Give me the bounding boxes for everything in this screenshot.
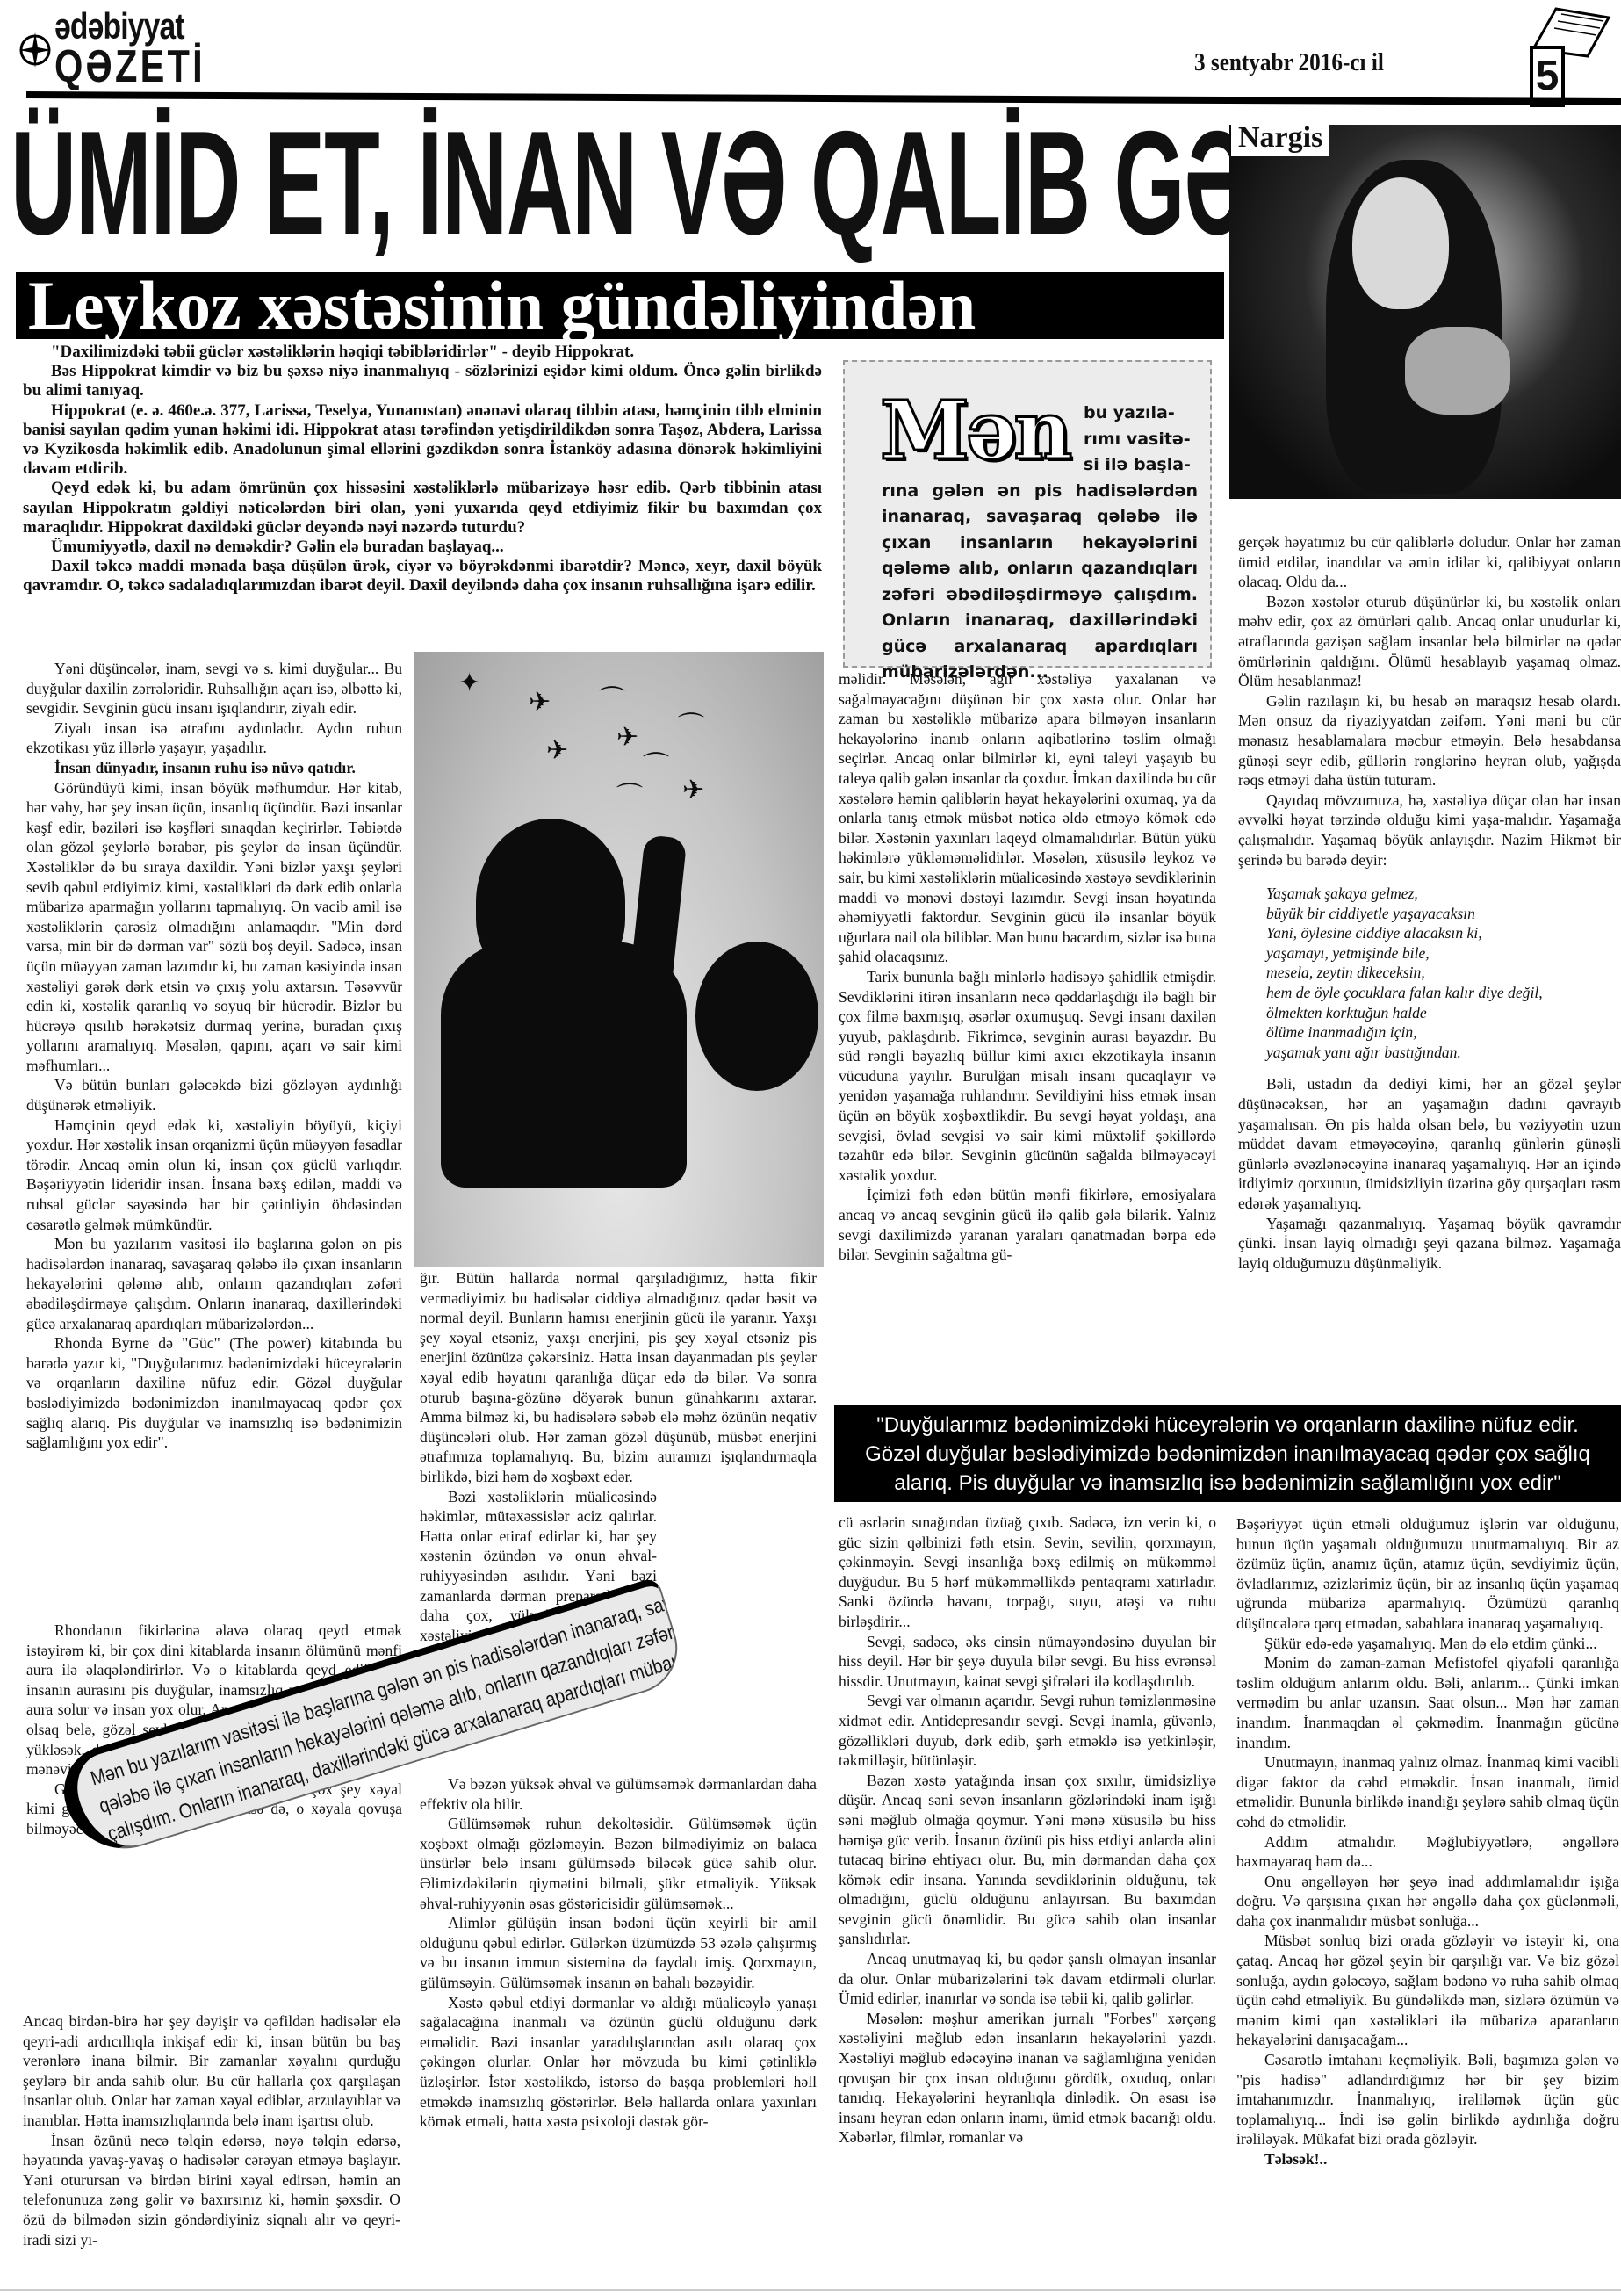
paragraph: Cəsarətlə imtahanı keçməliyik. Bəli, baş…: [1236, 2050, 1619, 2149]
issue-date: 3 sentyabr 2016-cı il: [1194, 49, 1384, 77]
paragraph: Unutmayın, inanmaq yalnız olmaz. İnanmaq…: [1236, 1752, 1619, 1831]
compass-star-icon: [18, 19, 53, 81]
bird-icon: ⌒: [643, 744, 669, 783]
poem-line: mesela, zeytin dikeceksin,: [1266, 963, 1621, 983]
bird-icon: ✈: [616, 722, 638, 753]
subheadline: Leykoz xəstəsinin gündəliyindən: [16, 272, 1224, 339]
bird-icon: ✈: [529, 687, 551, 718]
newspaper-logo[interactable]: ədəbiyyat QƏZETİ: [16, 5, 279, 90]
paragraph: İnsan dünyadır, insanın ruhu isə nüvə qa…: [26, 758, 402, 778]
poem-line: yaşamak yanı ağır bastığından.: [1266, 1043, 1621, 1063]
paragraph: Həmçinin qeyd edək ki, xəstəliyin böyüyü…: [26, 1116, 402, 1235]
column-4-bottom: Bəşəriyyət üçün etməli olduğumuz işlərin…: [1236, 1514, 1619, 2170]
paragraph: Rhonda Byrne də "Güc" (The power) kitabı…: [26, 1333, 402, 1453]
author-portrait: [1229, 125, 1621, 499]
paragraph: Bəzən xəstə yatağında insan çox sıxılır,…: [839, 1771, 1216, 1949]
bird-icon: ✦: [458, 668, 480, 698]
paragraph: Xəstə qəbul etdiyi dərmanlar və aldığı m…: [420, 1993, 817, 2132]
column-1-bottom: Ancaq birdən-birə hər şey dəyişir və qəf…: [23, 2011, 400, 2249]
paragraph: Bəzən xəstələr oturub düşünürlər ki, bu …: [1238, 592, 1621, 691]
pull-quote-callout: Mən bu yazıla- rımı vasitə- si ilə başla…: [843, 360, 1212, 668]
column-2-continued: Və bəzən yüksək əhval və gülümsəmək dərm…: [420, 1774, 817, 2132]
poem-line: büyük bir ciddiyetle yaşayacaksın: [1266, 904, 1621, 924]
poem-line: Yani, öylesine ciddiye alacaksın ki,: [1266, 923, 1621, 943]
bird-icon: ⌒: [599, 678, 625, 717]
paragraph: Yəni düşüncələr, inam, sevgi və s. kimi …: [26, 659, 402, 718]
paragraph: məlidir. Məsələn, ağır xəstəliyə yaxalan…: [839, 669, 1216, 967]
bottom-rule: [0, 2289, 1621, 2291]
column-3: məlidir. Məsələn, ağır xəstəliyə yaxalan…: [839, 669, 1216, 1265]
paragraph: gerçək həyatımız bu cür qaliblərlə dolud…: [1238, 532, 1621, 592]
poem-line: yaşamayı, yetmişinde bile,: [1266, 943, 1621, 964]
poem-line: hem de öyle çocuklara falan kalır diye d…: [1266, 983, 1621, 1003]
paragraph: İnsan özünü necə təlqin edərsə, nəyə təl…: [23, 2131, 400, 2250]
intro-paragraph: Ümumiyyətlə, daxil nə deməkdir? Gəlin el…: [23, 538, 822, 557]
paragraph: Onu əngəlləyən hər şeyə inad addımlamalı…: [1236, 1872, 1619, 1931]
paragraph: Tarix bununla bağlı minlərlə hadisəyə şa…: [839, 967, 1216, 1186]
masthead: ədəbiyyat QƏZETİ 3 sentyabr 2016-cı il 5: [0, 0, 1621, 97]
poem-quote: Yaşamak şakaya gelmez, büyük bir ciddiye…: [1266, 884, 1621, 1062]
paragraph: Müsbət sonluq bizi orada gözləyir və ist…: [1236, 1931, 1619, 2050]
paragraph: Qayıdaq mövzumuza, hə, xəstəliyə düçar o…: [1238, 791, 1621, 870]
paragraph: Tələsək!..: [1236, 2149, 1619, 2170]
poem-line: ölmekten korktuğun halde: [1266, 1003, 1621, 1023]
logo-bottom-text: QƏZETİ: [54, 40, 205, 93]
paragraph: Gəlin razılaşın ki, bu hesab ən maraqsız…: [1238, 691, 1621, 791]
paragraph: Bəli, ustadın da dediyi kimi, hər an göz…: [1238, 1074, 1621, 1213]
bird-icon: ✈: [546, 735, 568, 766]
column-4: gerçək həyatımız bu cür qaliblərlə dolud…: [1238, 532, 1621, 1273]
intro-paragraph: Qeyd edək ki, bu adam ömrünün çox hissəs…: [23, 479, 822, 538]
callout-text: bu yazıla- rımı vasitə- si ilə başla- rı…: [882, 401, 1198, 686]
illustration-girl-birds: ✦ ✈ ⌒ ✈ ⌒ ✈ ⌒ ⌒ ✈: [414, 652, 824, 1267]
column-3-continued: cü əsrlərin sınağından üzüağ çıxıb. Sadə…: [839, 1513, 1216, 2148]
article-intro: "Daxilimizdəki təbii güclər xəstəlikləri…: [23, 343, 822, 596]
bird-icon: ✈: [682, 775, 704, 805]
paragraph: Məsələn: məşhur amerikan jurnalı "Forbes…: [839, 2009, 1216, 2148]
highlight-quote-box: "Duyğularımız bədənimizdəki hüceyrələrin…: [834, 1405, 1621, 1502]
paragraph: Ancaq unutmayaq ki, bu qədər şanslı olma…: [839, 1949, 1216, 2009]
paragraph: Mənim də zaman-zaman Mefistofel qiyafəli…: [1236, 1653, 1619, 1752]
page-number-badge: 5: [1517, 5, 1614, 107]
headline: ÜMİD ET, İNAN VƏ QALİB GƏL: [11, 112, 762, 253]
paragraph: Göründüyü kimi, insan böyük məfhumdur. H…: [26, 778, 402, 1076]
column-1: Yəni düşüncələr, inam, sevgi və s. kimi …: [26, 659, 402, 1453]
intro-paragraph: Hippokrat (e. ə. 460e.ə. 377, Larissa, T…: [23, 401, 822, 480]
paragraph: Və bütün bunları gələcəkdə bizi gözləyən…: [26, 1075, 402, 1115]
paragraph: Mən bu yazılarım vasitəsi ilə başlarına …: [26, 1234, 402, 1333]
paragraph: Alimlər gülüşün insan bədəni üçün xeyirl…: [420, 1913, 817, 1992]
paragraph: ğır. Bütün hallarda normal qarşıladığımı…: [420, 1268, 817, 1487]
paragraph: Və bəzən yüksək əhval və gülümsəmək dərm…: [420, 1774, 817, 1814]
paragraph: Ancaq birdən-birə hər şey dəyişir və qəf…: [23, 2011, 400, 2131]
intro-paragraph: Daxil təkcə maddi mənada başa düşülən ür…: [23, 557, 822, 596]
paragraph: Addım atmalıdır. Məğlubiyyətlərə, əngəll…: [1236, 1832, 1619, 1872]
poem-line: Yaşamak şakaya gelmez,: [1266, 884, 1621, 904]
paragraph: Ziyalı insan isə ətrafını aydınladır. Ay…: [26, 718, 402, 758]
paragraph: Sevgi var olmanın açarıdır. Sevgi ruhun …: [839, 1691, 1216, 1770]
bird-icon: ⌒: [678, 704, 704, 743]
paragraph: Şükür edə-edə yaşamalıyıq. Mən də elə et…: [1236, 1634, 1619, 1654]
bird-icon: ⌒: [616, 775, 643, 813]
paragraph: İçimizi fəth edən bütün mənfi fikirlərə,…: [839, 1185, 1216, 1264]
intro-paragraph: Bəs Hippokrat kimdir və biz bu şəxsə niy…: [23, 362, 822, 401]
paragraph: Yaşamağı qazanmalıyıq. Yaşamaq böyük qav…: [1238, 1214, 1621, 1274]
author-name: Nargis: [1231, 119, 1329, 156]
paragraph: Bəşəriyyət üçün etməli olduğumuz işlərin…: [1236, 1514, 1619, 1634]
intro-paragraph: "Daxilimizdəki təbii güclər xəstəlikləri…: [23, 343, 822, 362]
paragraph: Sevgi, sadəcə, əks cinsin nümayəndəsinə …: [839, 1632, 1216, 1692]
poem-line: ölüme inanmadığın için,: [1266, 1022, 1621, 1043]
paragraph: Gülümsəmək ruhun dekoltəsidir. Gülümsəmə…: [420, 1814, 817, 1913]
paragraph: cü əsrlərin sınağından üzüağ çıxıb. Sadə…: [839, 1513, 1216, 1632]
